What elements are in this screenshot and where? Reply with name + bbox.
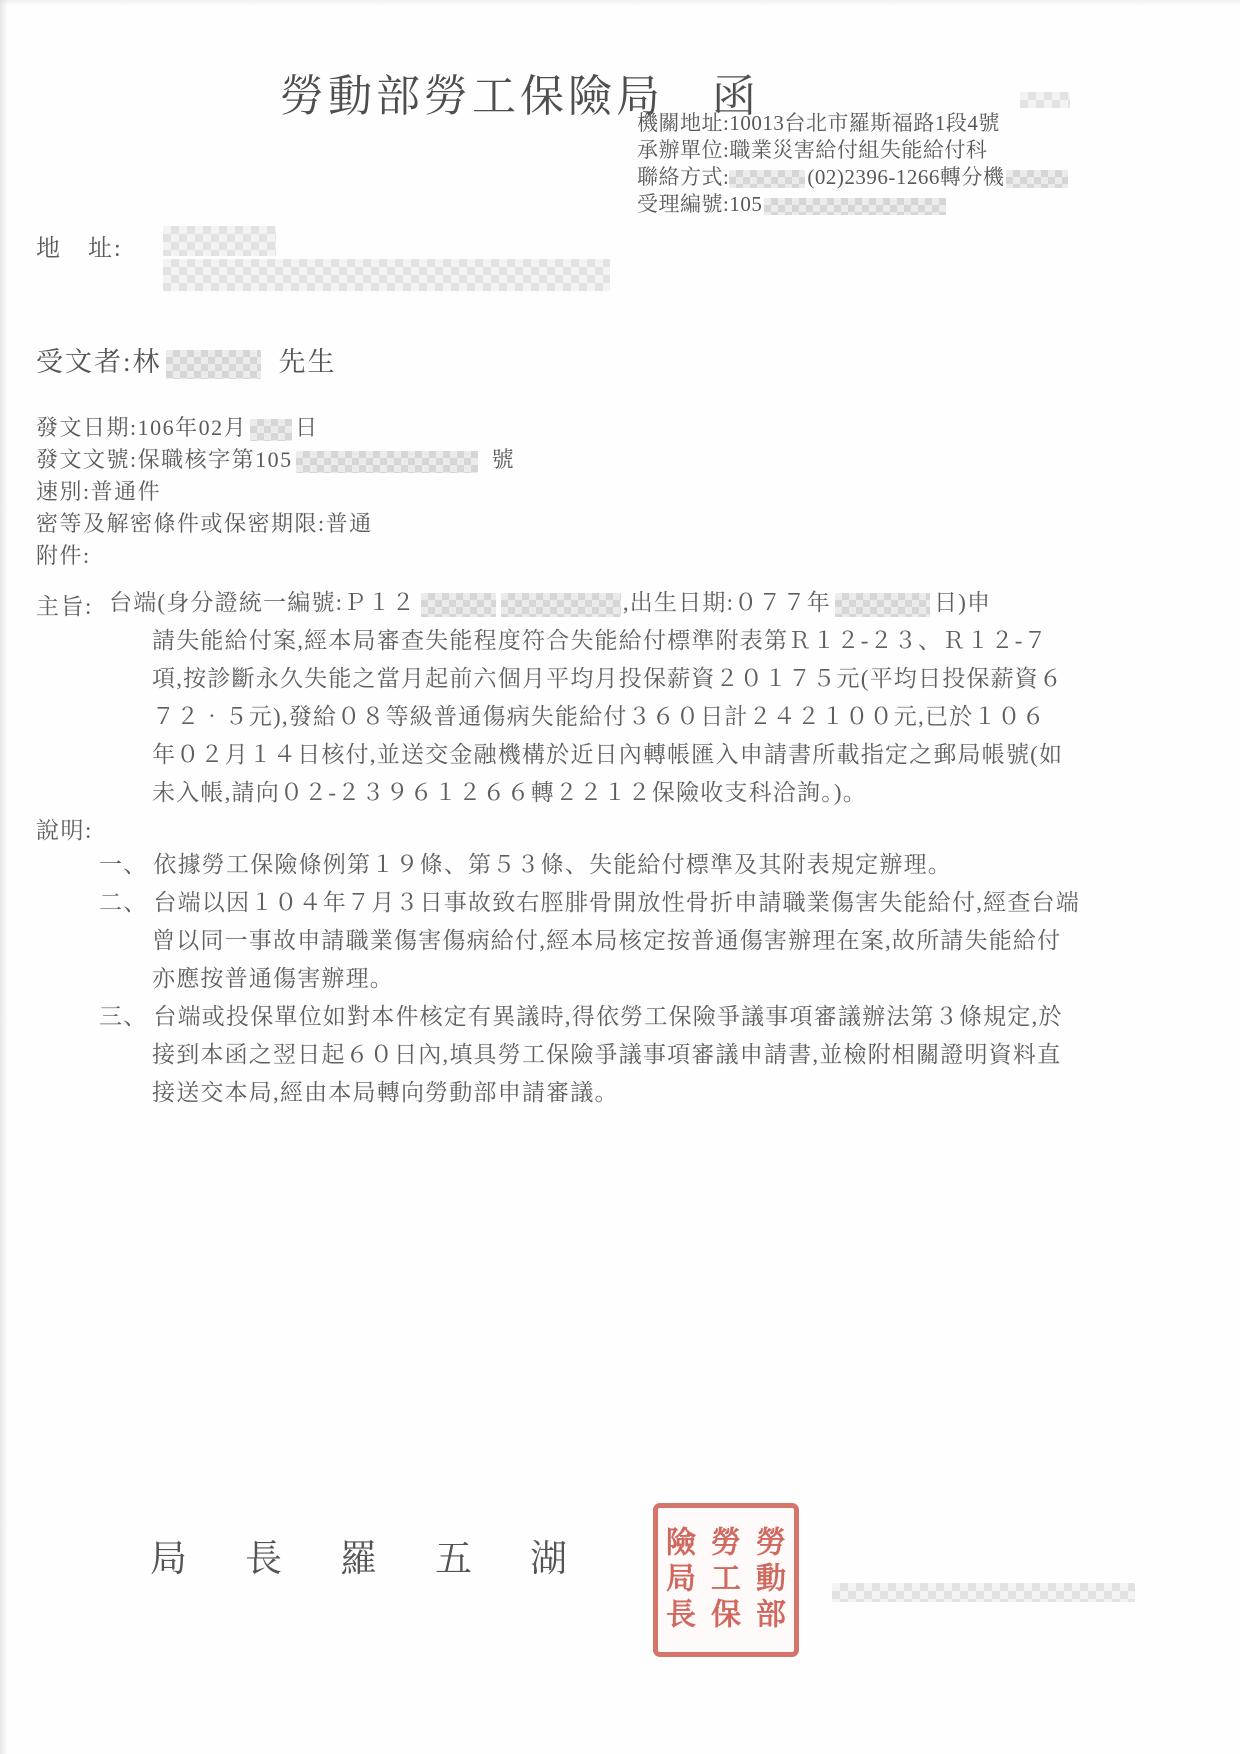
redacted-top-right [1020,92,1070,108]
explanation-item2-line2: 曾以同一事故申請職業傷害傷病給付,經本局核定按普通傷害辦理在案,故所請失能給付 [99,926,1080,964]
explanation-item1-line1: 一、依據勞工保險條例第１９條、第５３條、失能給付標準及其附表規定辦理。 [99,850,1080,888]
agency-address-line: 機關地址:10013台北市羅斯福路1段4號 [637,110,1068,137]
redacted-address-line2 [163,259,610,291]
official-seal-text: 勞動部勞工保險局長 [658,1508,794,1652]
subject-line-5: 年０２月１４日核付,並送交金融機構於近日內轉帳匯入申請書所載指定之郵局帳號(如 [109,740,1063,778]
explanation-item3-line3: 接送交本局,經由本局轉向勞動部申請審議。 [99,1078,1080,1116]
explanation-body: 一、依據勞工保險條例第１９條、第５３條、失能給付標準及其附表規定辦理。 二、台端… [99,850,1080,1116]
subject-line-2: 請失能給付案,經本局審查失能程度符合失能給付標準附表第Ｒ１２-２３、Ｒ１２-７ [109,626,1063,664]
scanned-letter-page: 勞動部勞工保險局 函 機關地址:10013台北市羅斯福路1段4號 承辦單位:職業… [0,0,1240,1754]
explanation-item2-line3: 亦應按普通傷害辦理。 [99,964,1080,1002]
subject-line-4: ７２‧５元),發給０８等級普通傷病失能給付３６０日計２４２１００元,已於１０６ [109,702,1063,740]
redacted-issue-day [250,419,292,441]
scan-edge-shade-top [0,0,1240,6]
recipient-address-label: 地 址: [36,228,123,263]
redacted-contact-name [729,170,805,188]
security-line: 密等及解密條件或保密期限:普通 [36,508,515,540]
explanation-item2-line1: 二、台端以因１０４年７月３日事故致右脛腓骨開放性骨折申請職業傷害失能給付,經查台… [99,888,1080,926]
explanation-label: 說明: [36,812,93,845]
contact-line: 聯絡方式:(02)2396-1266轉分機 [637,164,1068,191]
subject-body: 台端(身分證統一編號:Ｐ１２,出生日期:０７７年日)申 請失能給付案,經本局審查… [109,588,1063,816]
doc-number-line: 發文文號:保職核字第105號 [36,444,515,476]
explanation-item3-line1: 三、台端或投保單位如對本件核定有異議時,得依勞工保險爭議事項審議辦法第３條規定,… [99,1002,1080,1040]
redacted-id-part1 [421,593,496,617]
case-number-line: 受理編號:105 [637,191,1068,218]
redacted-id-part2 [501,593,621,617]
subject-label: 主旨: [36,588,93,621]
subject-line-6: 未入帳,請向０２-２３９６１２６６轉２２１２保險收支科洽詢。)。 [109,778,1063,816]
priority-line: 速別:普通件 [36,476,515,508]
official-seal-stamp: 勞動部勞工保險局長 [653,1503,799,1657]
director-signature: 局長羅五湖 [150,1528,625,1582]
agency-info-block: 機關地址:10013台北市羅斯福路1段4號 承辦單位:職業災害給付組失能給付科 … [637,110,1068,218]
explanation-item3-line2: 接到本函之翌日起６０日內,填具勞工保險爭議事項審議申請書,並檢附相關證明資料直 [99,1040,1080,1078]
redacted-extension [1006,170,1068,188]
handling-unit-line: 承辦單位:職業災害給付組失能給付科 [637,137,1068,164]
subject-line-3: 項,按診斷永久失能之當月起前六個月平均月投保薪資２０１７５元(平均日投保薪資６ [109,664,1063,702]
subject-line-1: 台端(身分證統一編號:Ｐ１２,出生日期:０７７年日)申 [109,588,1063,626]
redacted-doc-number [296,451,478,473]
recipient-line: 受文者:林先生 [36,340,337,379]
issue-date-line: 發文日期:106年02月日 [36,412,515,444]
redacted-case-number [764,198,946,215]
scan-edge-shade [0,0,8,1754]
redacted-bottom-right [832,1583,1135,1602]
redacted-address-line1 [163,226,276,256]
attachment-line: 附件: [36,540,515,572]
document-meta-block: 發文日期:106年02月日 發文文號:保職核字第105號 速別:普通件 密等及解… [36,412,515,572]
redacted-recipient-name [166,350,261,379]
redacted-birth-date [835,593,930,617]
